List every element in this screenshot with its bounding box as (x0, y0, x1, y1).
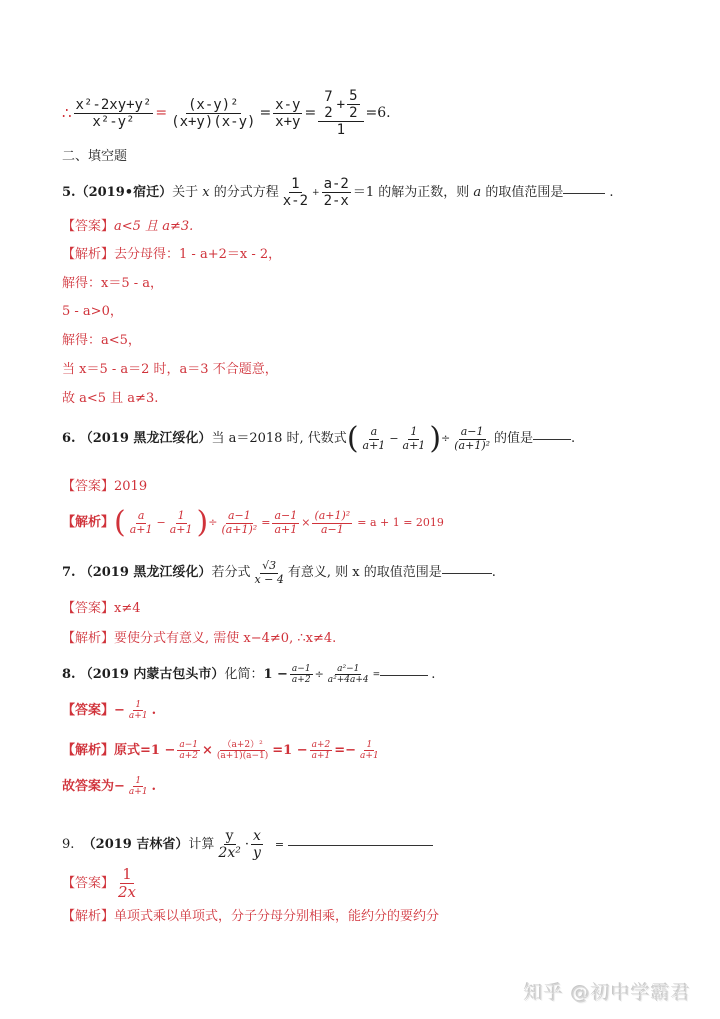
fraction: 1 a+1 (401, 426, 428, 452)
fraction: (x-y)² (x+y)(x-y) (169, 97, 257, 130)
fraction: a a+1 (361, 426, 388, 452)
answer-label: 【答案】 (62, 601, 114, 616)
question-5-analysis-line-5: 当 x＝5 - a＝2 时，a＝3 不合题意， (62, 361, 278, 379)
analysis-label: 【解析】 (62, 631, 114, 646)
answer-blank (533, 438, 571, 440)
question-8-stem: 8. （2019 内蒙古包头市） 化简： 1 − a−1 a+2 ÷ a²−1 … (62, 664, 435, 686)
answer-blank (563, 192, 605, 194)
intro-derivation: ∴ x²-2xy+y² x²-y² = (x-y)² (x+y)(x-y) = … (62, 88, 391, 138)
answer-label: 【答案】 (62, 702, 114, 720)
question-6-answer: 【答案】2019 (62, 478, 147, 496)
fraction: a−1 (a+1)² (452, 426, 492, 452)
question-5-answer: 【答案】a<5 且 a≠3. (62, 218, 193, 236)
answer-blank (442, 572, 492, 574)
answer-label: 【答案】 (62, 219, 114, 234)
section-title: 二、填空题 (62, 148, 127, 166)
watermark: 知乎 @初中学霸君 (524, 978, 691, 1005)
fraction: y 2x² (216, 828, 242, 861)
answer-blank (288, 844, 433, 846)
fraction: x²-2xy+y² x²-y² (74, 97, 154, 130)
analysis-label: 【解析】 (62, 909, 114, 924)
question-7-analysis: 【解析】要使分式有意义, 需使 x−4≠0, ∴x≠4. (62, 630, 336, 648)
question-8-answer: 【答案】 − 1 a+1 . (62, 700, 156, 722)
therefore-symbol: ∴ (62, 104, 72, 122)
question-9-answer: 【答案】 1 2x (62, 866, 140, 902)
compound-fraction: 7 2 + 5 2 1 (318, 88, 363, 138)
analysis-label: 【解析】 (62, 514, 114, 532)
question-8-analysis: 【解析】 原式=1 − a−1 a+2 × （a+2）² (a+1)(a−1) … (62, 740, 383, 762)
question-5-analysis-line-1: 【解析】去分母得：1 - a+2＝x - 2， (62, 246, 281, 264)
answer-blank (380, 674, 428, 676)
fraction: 1 x-2 (281, 176, 310, 209)
fraction: a-2 2-x (322, 176, 351, 209)
answer-label: 【答案】 (62, 479, 114, 494)
fraction: √3 x − 4 (252, 560, 285, 586)
answer-label: 【答案】 (62, 875, 114, 893)
question-5-analysis-line-2: 解得：x＝5 - a， (62, 275, 163, 293)
fraction: a²−1 a²+4a+4 (326, 664, 371, 686)
question-5-analysis-line-4: 解得：a<5， (62, 332, 141, 350)
fraction: x y (251, 828, 263, 861)
question-9-analysis: 【解析】单项式乘以单项式，分子分母分别相乘，能约分的要约分 (62, 908, 439, 926)
question-6-analysis: 【解析】 ( a a+1 − 1 a+1 ) ÷ a−1 (a+1)² = a−… (62, 508, 444, 538)
question-5-analysis-line-6: 故 a<5 且 a≠3. (62, 390, 158, 408)
analysis-label: 【解析】 (62, 742, 114, 760)
fraction: x-y x+y (273, 97, 302, 130)
question-9-stem: 9. （2019 吉林省） 计算 y 2x² · x y = (62, 828, 433, 861)
question-7-stem: 7. （2019 黑龙江绥化） 若分式 √3 x − 4 有意义, 则 x 的取… (62, 560, 496, 586)
question-8-conclusion: 故答案为− 1 a+1 . (62, 776, 156, 798)
question-7-answer: 【答案】x≠4 (62, 600, 141, 618)
analysis-label: 【解析】 (62, 247, 114, 262)
fraction: a−1 a+2 (290, 664, 313, 686)
question-6-stem: 6. （2019 黑龙江绥化） 当 a＝2018 时, 代数式 ( a a+1 … (62, 424, 575, 454)
question-5-stem: 5. （2019•宿迁） 关于 x 的分式方程 1 x-2 + a-2 2-x … (62, 176, 613, 209)
question-5-analysis-line-3: 5 - a>0， (62, 303, 123, 321)
